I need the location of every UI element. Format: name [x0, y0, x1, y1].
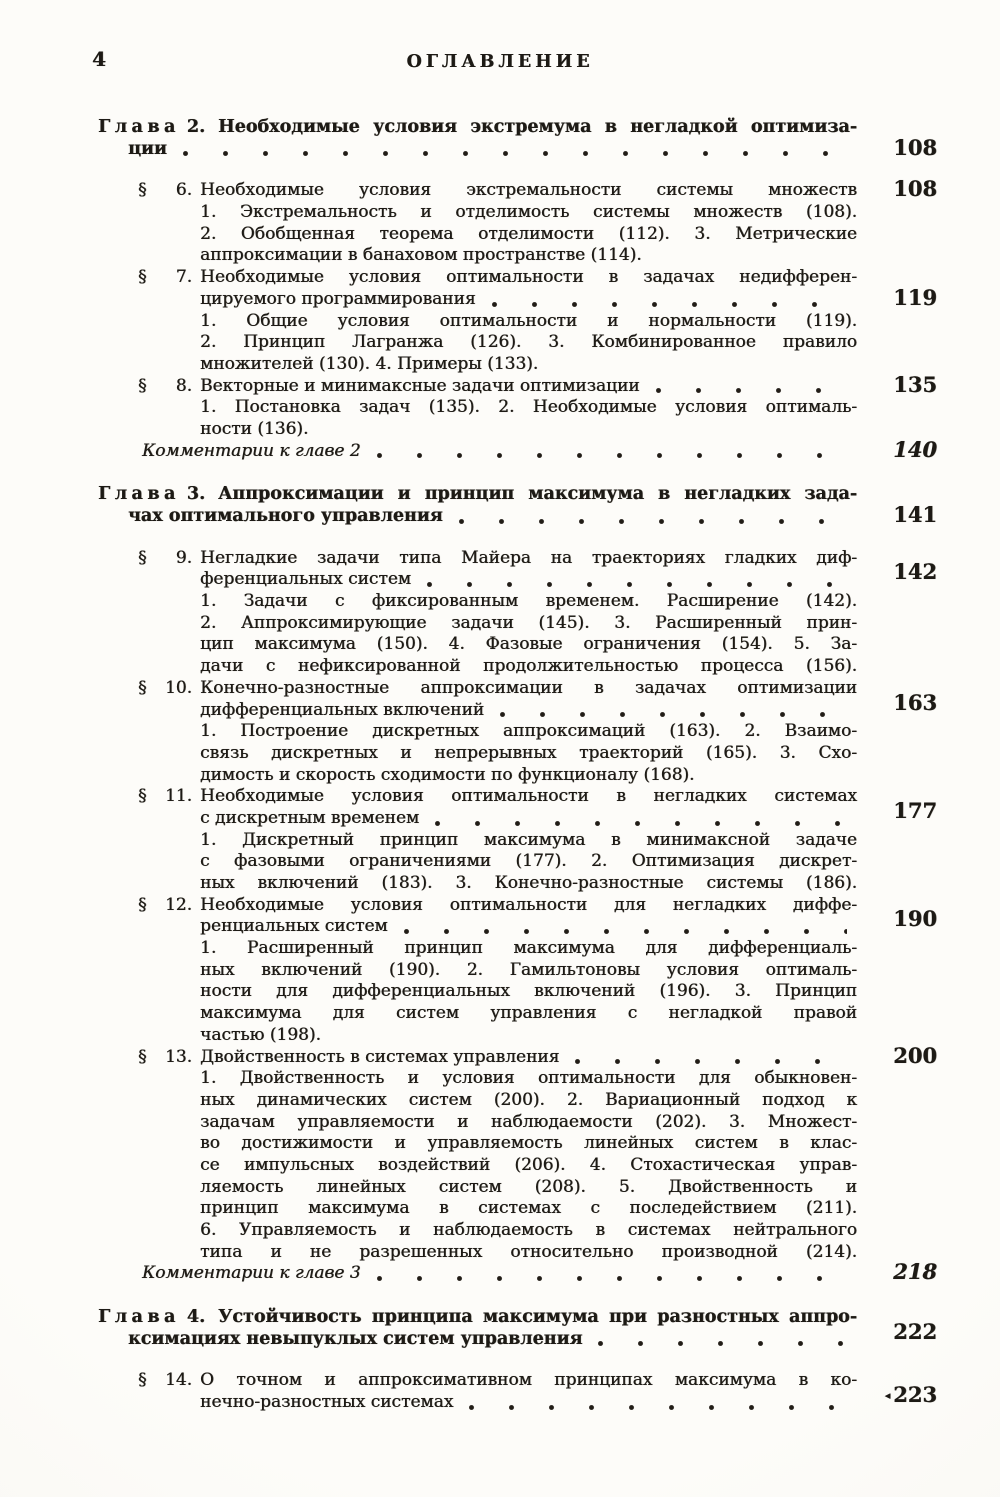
toc-line: множителей (130). 4. Примеры (133). [0, 354, 1000, 376]
entry-page: 218 [857, 1261, 937, 1283]
entry-text: частью (198). [200, 1025, 321, 1047]
entry-text: ренциальных систем [200, 916, 388, 938]
section-label: §13. [138, 1047, 192, 1069]
entry-page: 163 [857, 692, 937, 714]
prefix-number: 12. [165, 895, 192, 917]
entry-text: 2. Аппроксимирующие задачи (145). 3. Рас… [200, 613, 857, 635]
entry-text: ных динамических систем (200). 2. Вариац… [200, 1090, 857, 1112]
section-label: §8. [138, 376, 192, 398]
dot-leader [598, 1341, 847, 1346]
toc-line: §14.О точном и аппроксимативном принципа… [0, 1370, 1000, 1392]
entry-text: максимума для систем управления с неглад… [200, 1003, 857, 1025]
entry-text: Устойчивость принципа максимума при разн… [218, 1307, 857, 1329]
entry-text: димость и скорость сходимости по функцио… [200, 765, 694, 787]
book-page: 4 ОГЛАВЛЕНИЕ Глава2.Необходимые условия … [0, 0, 1000, 1497]
page-number-value: 222 [893, 1319, 937, 1344]
page-number-value: 108 [893, 176, 937, 201]
toc-line: с дискретным временем177 [0, 808, 1000, 830]
entry-page: 222 [857, 1321, 937, 1343]
toc-line: Глава3.Аппроксимации и принцип максимума… [0, 484, 1000, 506]
page-title: ОГЛАВЛЕНИЕ [0, 51, 1000, 73]
page-number-value: 142 [893, 559, 937, 584]
entry-text: ности (136). [200, 419, 308, 441]
entry-text: цируемого программирования [200, 289, 476, 311]
entry-text: Необходимые условия экстремума в негладк… [218, 117, 857, 139]
dot-leader [404, 929, 847, 934]
dot-leader [183, 151, 847, 156]
toc-line: ксимациях невыпуклых систем управления22… [0, 1329, 1000, 1351]
toc-line: нечно-разностных системах◂223 [0, 1392, 1000, 1414]
entry-text: 2. Принцип Лагранжа (126). 3. Комбиниров… [200, 332, 857, 354]
entry-text: 1. Постановка задач (135). 2. Необходимы… [200, 397, 857, 419]
entry-text: Аппроксимации и принцип максимума в негл… [218, 484, 857, 506]
chapter-label: Глава3. [98, 484, 205, 506]
page-number-value: 223 [893, 1382, 937, 1407]
toc-line: 1. Двойственность и условия оптимальност… [0, 1068, 1000, 1090]
entry-text: чах оптимального управления [128, 506, 443, 528]
toc-line: Глава2.Необходимые условия экстремума в … [0, 117, 1000, 139]
entry-text: с фазовыми ограничениями (177). 2. Оптим… [200, 851, 857, 873]
toc-line: связь дискретных и непрерывных траектори… [0, 743, 1000, 765]
dot-leader [656, 388, 847, 393]
entry-text: аппроксимации в банаховом пространстве (… [200, 245, 642, 267]
entry-text: дачи с нефиксированной продолжительность… [200, 656, 857, 678]
dot-leader [377, 453, 847, 458]
toc-line: частью (198). [0, 1025, 1000, 1047]
chapter-label: Глава2. [98, 117, 205, 139]
toc-line: 6. Управляемость и наблюдаемость в систе… [0, 1220, 1000, 1242]
dot-leader [492, 302, 847, 307]
section-label: §10. [138, 678, 192, 700]
section-label: §12. [138, 895, 192, 917]
section-label: §11. [138, 786, 192, 808]
toc-line: ных динамических систем (200). 2. Вариац… [0, 1090, 1000, 1112]
entry-page: 142 [857, 561, 937, 583]
toc-line: §6.Необходимые условия экстремальности с… [0, 180, 1000, 202]
section-sign: § [138, 1047, 147, 1069]
prefix-number: 4. [187, 1307, 205, 1329]
entry-text: 1. Дискретный принцип максимума в минима… [200, 830, 857, 852]
entry-text: ции [128, 139, 167, 161]
toc-line: дачи с нефиксированной продолжительность… [0, 656, 1000, 678]
toc-line: типа и не разрешенных относительно произ… [0, 1242, 1000, 1264]
toc-line: дифференциальных включений163 [0, 700, 1000, 722]
page-number-value: 177 [893, 798, 937, 823]
prefix-number: 6. [176, 180, 192, 202]
dot-leader [469, 1405, 847, 1410]
entry-page: 108 [857, 137, 937, 159]
entry-text: 1. Экстремальность и отделимость системы… [200, 202, 857, 224]
toc-line: ных включений (183). 3. Конечно-разностн… [0, 873, 1000, 895]
section-sign: § [138, 376, 147, 398]
entry-text: с дискретным временем [200, 808, 419, 830]
entry-text: ксимациях невыпуклых систем управления [128, 1329, 582, 1351]
entry-page: 200 [857, 1045, 937, 1067]
toc-line: се импульсных воздействий (206). 4. Стох… [0, 1155, 1000, 1177]
toc-line: димость и скорость сходимости по функцио… [0, 765, 1000, 787]
toc-line: Комментарии к главе 2140 [0, 441, 1000, 463]
section-sign: § [138, 548, 147, 570]
entry-text: Комментарии к главе 2 [142, 441, 361, 463]
page-number-value: 190 [893, 906, 937, 931]
toc-line: аппроксимации в банаховом пространстве (… [0, 245, 1000, 267]
toc-line: 1. Расширенный принцип максимума для диф… [0, 938, 1000, 960]
section-label: §6. [138, 180, 192, 202]
entry-text: во достижимости и управляемость линейных… [200, 1133, 857, 1155]
section-sign: § [138, 267, 147, 289]
entry-text: задачам управляемости и наблюдаемости (2… [200, 1112, 857, 1134]
prefix-number: 8. [176, 376, 192, 398]
toc-line: ности для дифференциальных включений (19… [0, 981, 1000, 1003]
entry-text: ных включений (190). 2. Гамильтоновы усл… [200, 960, 857, 982]
prefix-number: 13. [165, 1047, 192, 1069]
toc-line: 2. Аппроксимирующие задачи (145). 3. Рас… [0, 613, 1000, 635]
toc-line: 2. Обобщенная теорема отделимости (112).… [0, 224, 1000, 246]
entry-page: 141 [857, 504, 937, 526]
section-sign: § [138, 895, 147, 917]
chapter-word: Глава [98, 117, 180, 139]
toc-line: Комментарии к главе 3218 [0, 1263, 1000, 1285]
dot-leader [427, 582, 847, 587]
entry-text: нечно-разностных системах [200, 1392, 453, 1414]
entry-text: Конечно-разностные аппроксимации в задач… [200, 678, 857, 700]
toc-line: ляемость линейных систем (208). 5. Двойс… [0, 1177, 1000, 1199]
toc-line: ренциальных систем190 [0, 916, 1000, 938]
toc-line: ных включений (190). 2. Гамильтоновы усл… [0, 960, 1000, 982]
entry-text: Необходимые условия оптимальности для не… [200, 895, 857, 917]
toc-line: принцип максимума в системах с последейс… [0, 1198, 1000, 1220]
entry-text: цип максимума (150). 4. Фазовые ограниче… [200, 634, 857, 656]
section-sign: § [138, 1370, 147, 1392]
toc-line: цируемого программирования119 [0, 289, 1000, 311]
entry-page: 135 [857, 374, 937, 396]
toc-line: 1. Экстремальность и отделимость системы… [0, 202, 1000, 224]
entry-text: ных включений (183). 3. Конечно-разностн… [200, 873, 857, 895]
toc-line: 1. Задачи с фиксированным временем. Расш… [0, 591, 1000, 613]
page-number-value: 163 [893, 690, 937, 715]
prefix-number: 3. [187, 484, 205, 506]
entry-text: 1. Расширенный принцип максимума для диф… [200, 938, 857, 960]
toc-line: Глава4.Устойчивость принципа максимума п… [0, 1307, 1000, 1329]
entry-text: множителей (130). 4. Примеры (133). [200, 354, 538, 376]
toc-line: §12.Необходимые условия оптимальности дл… [0, 895, 1000, 917]
toc-line: чах оптимального управления141 [0, 506, 1000, 528]
entry-page: 140 [857, 439, 937, 461]
prefix-number: 11. [165, 786, 192, 808]
entry-page: ◂223 [857, 1384, 937, 1407]
entry-text: Двойственность в системах управления [200, 1047, 559, 1069]
entry-text: связь дискретных и непрерывных траектори… [200, 743, 857, 765]
section-sign: § [138, 678, 147, 700]
section-sign: § [138, 786, 147, 808]
entry-text: 6. Управляемость и наблюдаемость в систе… [200, 1220, 857, 1242]
prefix-number: 2. [187, 117, 205, 139]
entry-text: Необходимые условия оптимальности в негл… [200, 786, 857, 808]
toc-line: §13.Двойственность в системах управления… [0, 1047, 1000, 1069]
dot-leader [377, 1276, 847, 1281]
entry-text: типа и не разрешенных относительно произ… [200, 1242, 857, 1264]
entry-text: 1. Построение дискретных аппроксимаций (… [200, 721, 857, 743]
entry-text: Векторные и минимаксные задачи оптимизац… [200, 376, 640, 398]
toc-line: цип максимума (150). 4. Фазовые ограниче… [0, 634, 1000, 656]
entry-page: 190 [857, 908, 937, 930]
toc-line: 1. Дискретный принцип максимума в минима… [0, 830, 1000, 852]
chapter-word: Глава [98, 484, 180, 506]
entry-text: принцип максимума в системах с последейс… [200, 1198, 857, 1220]
prefix-number: 10. [165, 678, 192, 700]
page-number-value: 108 [893, 135, 937, 160]
toc-line: §11.Необходимые условия оптимальности в … [0, 786, 1000, 808]
toc-line: во достижимости и управляемость линейных… [0, 1133, 1000, 1155]
toc-line: 1. Общие условия оптимальности и нормаль… [0, 311, 1000, 333]
entry-text: Комментарии к главе 3 [142, 1263, 361, 1285]
entry-text: 1. Общие условия оптимальности и нормаль… [200, 311, 857, 333]
entry-text: ференциальных систем [200, 569, 411, 591]
toc-line: ности (136). [0, 419, 1000, 441]
page-number-value: 119 [893, 285, 937, 310]
entry-text: 1. Двойственность и условия оптимальност… [200, 1068, 857, 1090]
entry-text: ности для дифференциальных включений (19… [200, 981, 857, 1003]
dot-leader [435, 821, 847, 826]
page-number-value: 200 [893, 1043, 937, 1068]
toc-line: максимума для систем управления с неглад… [0, 1003, 1000, 1025]
prefix-number: 14. [165, 1370, 192, 1392]
entry-page: 108 [857, 178, 937, 200]
entry-text: Необходимые условия экстремальности сист… [200, 180, 857, 202]
toc-line: §8.Векторные и минимаксные задачи оптими… [0, 376, 1000, 398]
section-label: §7. [138, 267, 192, 289]
entry-text: Негладкие задачи типа Майера на траектор… [200, 548, 857, 570]
dot-leader [459, 519, 847, 524]
chapter-label: Глава4. [98, 1307, 205, 1329]
toc-line: с фазовыми ограничениями (177). 2. Оптим… [0, 851, 1000, 873]
entry-text: Необходимые условия оптимальности в зада… [200, 267, 857, 289]
entry-text: дифференциальных включений [200, 700, 484, 722]
section-label: §14. [138, 1370, 192, 1392]
page-number-value: 141 [893, 502, 937, 527]
toc-line: §10.Конечно-разностные аппроксимации в з… [0, 678, 1000, 700]
entry-page: 119 [857, 287, 937, 309]
entry-page: 177 [857, 800, 937, 822]
toc: Глава2.Необходимые условия экстремума в … [0, 117, 1000, 1414]
ink-mark: ◂ [885, 1389, 891, 1402]
page-number-value: 135 [893, 372, 937, 397]
entry-text: ляемость линейных систем (208). 5. Двойс… [200, 1177, 857, 1199]
toc-line: 1. Построение дискретных аппроксимаций (… [0, 721, 1000, 743]
toc-line: ции108 [0, 139, 1000, 161]
section-label: §9. [138, 548, 192, 570]
dot-leader [575, 1059, 847, 1064]
prefix-number: 7. [176, 267, 192, 289]
prefix-number: 9. [176, 548, 192, 570]
entry-text: 2. Обобщенная теорема отделимости (112).… [200, 224, 857, 246]
chapter-word: Глава [98, 1307, 180, 1329]
page-number-value: 140 [893, 437, 937, 462]
toc-line: задачам управляемости и наблюдаемости (2… [0, 1112, 1000, 1134]
entry-text: се импульсных воздействий (206). 4. Стох… [200, 1155, 857, 1177]
toc-line: ференциальных систем142 [0, 569, 1000, 591]
section-sign: § [138, 180, 147, 202]
toc-line: 2. Принцип Лагранжа (126). 3. Комбиниров… [0, 332, 1000, 354]
toc-line: 1. Постановка задач (135). 2. Необходимы… [0, 397, 1000, 419]
toc-line: §9.Негладкие задачи типа Майера на траек… [0, 548, 1000, 570]
toc-line: §7.Необходимые условия оптимальности в з… [0, 267, 1000, 289]
entry-text: 1. Задачи с фиксированным временем. Расш… [200, 591, 857, 613]
entry-text: О точном и аппроксимативном принципах ма… [200, 1370, 857, 1392]
dot-leader [500, 712, 847, 717]
page-number-value: 218 [893, 1259, 937, 1284]
